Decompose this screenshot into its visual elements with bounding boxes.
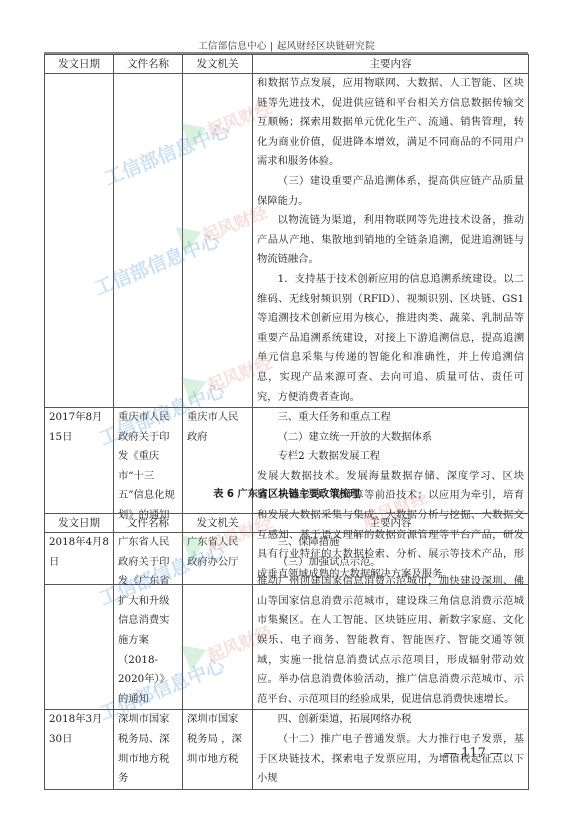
header-date: 发文日期	[45, 55, 114, 74]
content-paragraph: 三、保障措施	[257, 533, 524, 553]
header-content: 主要内容	[253, 55, 529, 74]
header-name: 文件名称	[114, 55, 183, 74]
content-paragraph: 推动广州创建国家信息消费示范城市，加快建设深圳、佛山等国家信息消费示范城市，建设…	[257, 572, 524, 709]
cell-name	[114, 74, 183, 408]
header-date: 发文日期	[45, 514, 114, 533]
header-issuer: 发文机关	[183, 514, 253, 533]
table-row: 2018年4月8日 广东省人民政府关于印发《广东省扩大和升级信息消费实施方案（2…	[45, 533, 529, 710]
policy-table-continued: 发文日期 文件名称 发文机关 主要内容 和数据节点发展，应用物联网、大数据、人工…	[44, 54, 529, 585]
table-caption: 表 6 广东省区块链主要政策梳理	[0, 485, 573, 500]
table-header-row: 发文日期 文件名称 发文机关 主要内容	[45, 514, 529, 533]
header-content: 主要内容	[253, 514, 529, 533]
cell-name: 深圳市国家税务局、深圳市地方税务	[114, 710, 183, 789]
cell-content: 三、保障措施 （三）加强试点示范。 推动广州创建国家信息消费示范城市，加快建设深…	[253, 533, 529, 710]
content-paragraph: 三、重大任务和重点工程	[257, 408, 524, 428]
cell-date: 2018年3月30日	[45, 710, 114, 789]
content-paragraph: （三）建设重要产品追溯体系，提高供应链产品质量保障能力。	[257, 172, 524, 211]
header-issuer: 发文机关	[183, 55, 253, 74]
table-header-row: 发文日期 文件名称 发文机关 主要内容	[45, 55, 529, 74]
content-paragraph: 专栏2 大数据发展工程	[257, 447, 524, 467]
table-row: 和数据节点发展，应用物联网、大数据、人工智能、区块链等先进技术，促进供应链和平台…	[45, 74, 529, 408]
content-paragraph: 和数据节点发展，应用物联网、大数据、人工智能、区块链等先进技术，促进供应链和平台…	[257, 74, 524, 172]
content-paragraph: 四、创新渠道，拓展网络办税	[257, 710, 524, 730]
running-head: 工信部信息中心 | 起风财经区块链研究院	[0, 38, 573, 52]
content-paragraph: （三）加强试点示范。	[257, 553, 524, 573]
cell-date: 2018年4月8日	[45, 533, 114, 710]
content-paragraph: 1．支持基于技术创新应用的信息追溯系统建设。以二维码、无线射频识别（RFID）、…	[257, 270, 524, 407]
cell-issuer: 深圳市国家税务局 ，深圳市地方税	[183, 710, 253, 789]
cell-name: 广东省人民政府关于印发《广东省扩大和升级信息消费实施方案（2018-2020年）…	[114, 533, 183, 710]
cell-content: 和数据节点发展，应用物联网、大数据、人工智能、区块链等先进技术，促进供应链和平台…	[253, 74, 529, 408]
header-name: 文件名称	[114, 514, 183, 533]
cell-date	[45, 74, 114, 408]
content-paragraph: 以物流链为渠道，利用物联网等先进技术设备，推动产品从产地、集散地到销地的全链条追…	[257, 211, 524, 270]
cell-issuer	[183, 74, 253, 408]
cell-issuer: 广东省人民政府办公厅	[183, 533, 253, 710]
content-paragraph: （二）建立统一开放的大数据体系	[257, 428, 524, 448]
page-number: — 117 —	[444, 746, 503, 761]
